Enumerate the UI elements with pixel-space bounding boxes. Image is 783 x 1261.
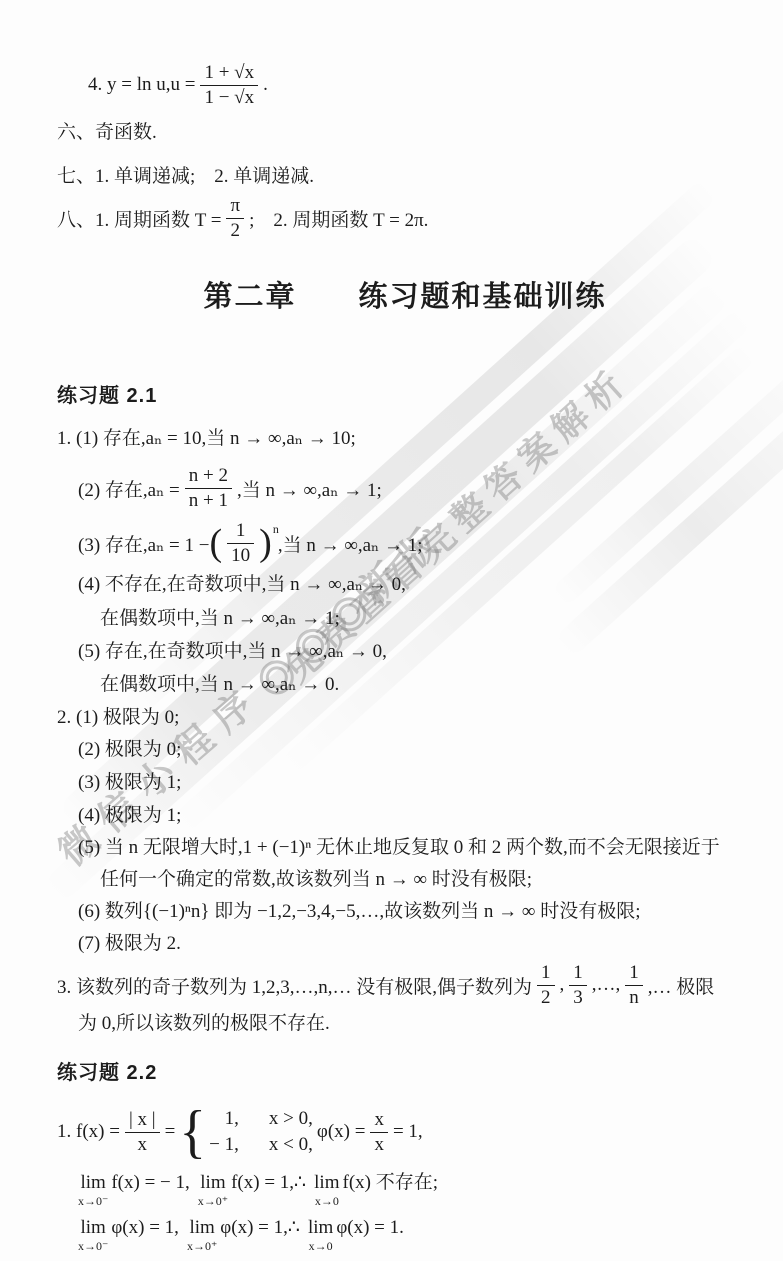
- scanned-textbook-page: 微信小程序新版 免费查看完整答案解析 4. y = ln u,u = 1 + √…: [0, 0, 783, 1261]
- answer-line: 1. f(x) = | x |x = { 1, x > 0, − 1, x < …: [57, 1104, 753, 1160]
- case-value: 1,: [209, 1108, 239, 1130]
- section-heading-2-1: 练习题 2.1: [57, 385, 753, 407]
- math-text: φ(x) = 1,∴: [220, 1217, 300, 1239]
- math-text: 八、1. 周期函数 T =: [57, 205, 221, 232]
- limit-operator: limx→0: [308, 1217, 333, 1252]
- math-text: φ(x) =: [317, 1121, 366, 1143]
- fraction: | x |x: [125, 1109, 160, 1156]
- answer-line-seven: 七、1. 单调递减; 2. 单调递减.: [57, 167, 753, 187]
- limit-subscript: x→0: [315, 1195, 339, 1207]
- answer-line: 任何一个确定的常数,故该数列当 n → ∞ 时没有极限;: [57, 870, 753, 890]
- math-text: =: [165, 1121, 176, 1143]
- fraction: 1n: [625, 962, 643, 1009]
- exponent: n: [273, 522, 279, 537]
- fraction: 110: [227, 520, 254, 567]
- answer-line: 2. (1) 极限为 0;: [57, 708, 753, 728]
- case-condition: x < 0,: [269, 1134, 313, 1156]
- math-text: f(x) 不存在;: [343, 1172, 439, 1194]
- math-text: (3) 存在,aₙ = 1 −: [78, 530, 210, 557]
- limit-operator: limx→0: [314, 1172, 339, 1207]
- answer-line: 1. (1) 存在,aₙ = 10,当 n → ∞,aₙ → 10;: [57, 429, 753, 449]
- math-text: (2) 存在,aₙ =: [78, 475, 180, 502]
- math-text: f(x) = 1,∴: [231, 1172, 306, 1194]
- answer-line: 在偶数项中,当 n → ∞,aₙ → 1;: [57, 609, 753, 629]
- fraction: xx: [370, 1109, 388, 1156]
- limit-subscript: x→0⁻: [78, 1240, 108, 1252]
- limit-subscript: x→0⁺: [198, 1195, 228, 1207]
- answer-line-six: 六、奇函数.: [57, 123, 753, 143]
- math-text: ,…,: [592, 974, 621, 996]
- answer-line: (5) 存在,在奇数项中,当 n → ∞,aₙ → 0,: [57, 642, 753, 662]
- limit-subscript: x→0⁻: [78, 1195, 108, 1207]
- answer-line: (7) 极限为 2.: [57, 934, 753, 954]
- answer-line: (5) 当 n 无限增大时,1 + (−1)ⁿ 无休止地反复取 0 和 2 两个…: [57, 838, 753, 858]
- case-value: − 1,: [209, 1134, 239, 1156]
- answer-line: 为 0,所以该数列的极限不存在.: [57, 1014, 753, 1034]
- limit-subscript: x→0: [309, 1240, 333, 1252]
- math-text: 4. y = ln u,u =: [88, 74, 195, 96]
- answer-line: limx→0⁻ f(x) = − 1, limx→0⁺ f(x) = 1,∴ l…: [57, 1172, 753, 1207]
- math-text: ,… 极限: [648, 972, 715, 999]
- limit-subscript: x→0⁺: [187, 1240, 217, 1252]
- answer-line: (4) 极限为 1;: [57, 806, 753, 826]
- fraction: 13: [569, 962, 587, 1009]
- left-brace: {: [179, 1103, 206, 1162]
- answer-line: (2) 极限为 0;: [57, 740, 753, 760]
- math-text: 1. f(x) =: [57, 1121, 120, 1143]
- limit-operator: limx→0⁺: [187, 1217, 217, 1252]
- fraction: π2: [226, 195, 244, 242]
- math-text: f(x) = − 1,: [111, 1172, 189, 1194]
- answer-line: (3) 极限为 1;: [57, 773, 753, 793]
- chapter-title: 第二章 练习题和基础训练: [57, 281, 753, 313]
- left-paren: (: [210, 524, 223, 562]
- document-content: 4. y = ln u,u = 1 + √x1 − √x . 六、奇函数. 七、…: [0, 0, 783, 1252]
- cases-grid: 1, x > 0, − 1, x < 0,: [209, 1108, 313, 1156]
- answer-line-eight: 八、1. 周期函数 T = π2 ; 2. 周期函数 T = 2π.: [57, 195, 753, 242]
- answer-line: 在偶数项中,当 n → ∞,aₙ → 0.: [57, 675, 753, 695]
- right-paren: ): [259, 524, 272, 562]
- math-text: ,: [560, 974, 565, 996]
- case-condition: x > 0,: [269, 1108, 313, 1130]
- answer-line: (4) 不存在,在奇数项中,当 n → ∞,aₙ → 0,: [57, 575, 753, 595]
- limit-operator: limx→0⁺: [198, 1172, 228, 1207]
- fraction: 12: [537, 962, 555, 1009]
- fraction: n + 2n + 1: [185, 465, 232, 512]
- answer-line-4: 4. y = ln u,u = 1 + √x1 − √x .: [57, 62, 753, 109]
- limit-operator: limx→0⁻: [78, 1172, 108, 1207]
- answer-line: (2) 存在,aₙ = n + 2n + 1 ,当 n → ∞,aₙ → 1;: [57, 465, 753, 512]
- piecewise-cases: { 1, x > 0, − 1, x < 0,: [179, 1104, 313, 1160]
- math-text: ,当 n → ∞,aₙ → 1;: [278, 530, 423, 557]
- math-text: = 1,: [393, 1121, 423, 1143]
- math-text: φ(x) = 1,: [111, 1217, 179, 1239]
- limit-operator: limx→0⁻: [78, 1217, 108, 1252]
- answer-line: limx→0⁻ φ(x) = 1, limx→0⁺ φ(x) = 1,∴ lim…: [57, 1217, 753, 1252]
- math-text: φ(x) = 1.: [336, 1217, 404, 1239]
- math-text: ; 2. 周期函数 T = 2π.: [249, 205, 428, 232]
- math-text: ,当 n → ∞,aₙ → 1;: [237, 475, 382, 502]
- answer-line: (6) 数列{(−1)ⁿn} 即为 −1,2,−3,4,−5,…,故该数列当 n…: [57, 902, 753, 922]
- math-text: .: [263, 74, 268, 96]
- answer-line: 3. 该数列的奇子数列为 1,2,3,…,n,… 没有极限,偶子数列为 12 ,…: [57, 962, 753, 1009]
- answer-line: (3) 存在,aₙ = 1 − ( 110 ) n ,当 n → ∞,aₙ → …: [57, 520, 753, 567]
- fraction: 1 + √x1 − √x: [200, 62, 258, 109]
- section-heading-2-2: 练习题 2.2: [57, 1062, 753, 1084]
- math-text: 3. 该数列的奇子数列为 1,2,3,…,n,… 没有极限,偶子数列为: [57, 972, 532, 999]
